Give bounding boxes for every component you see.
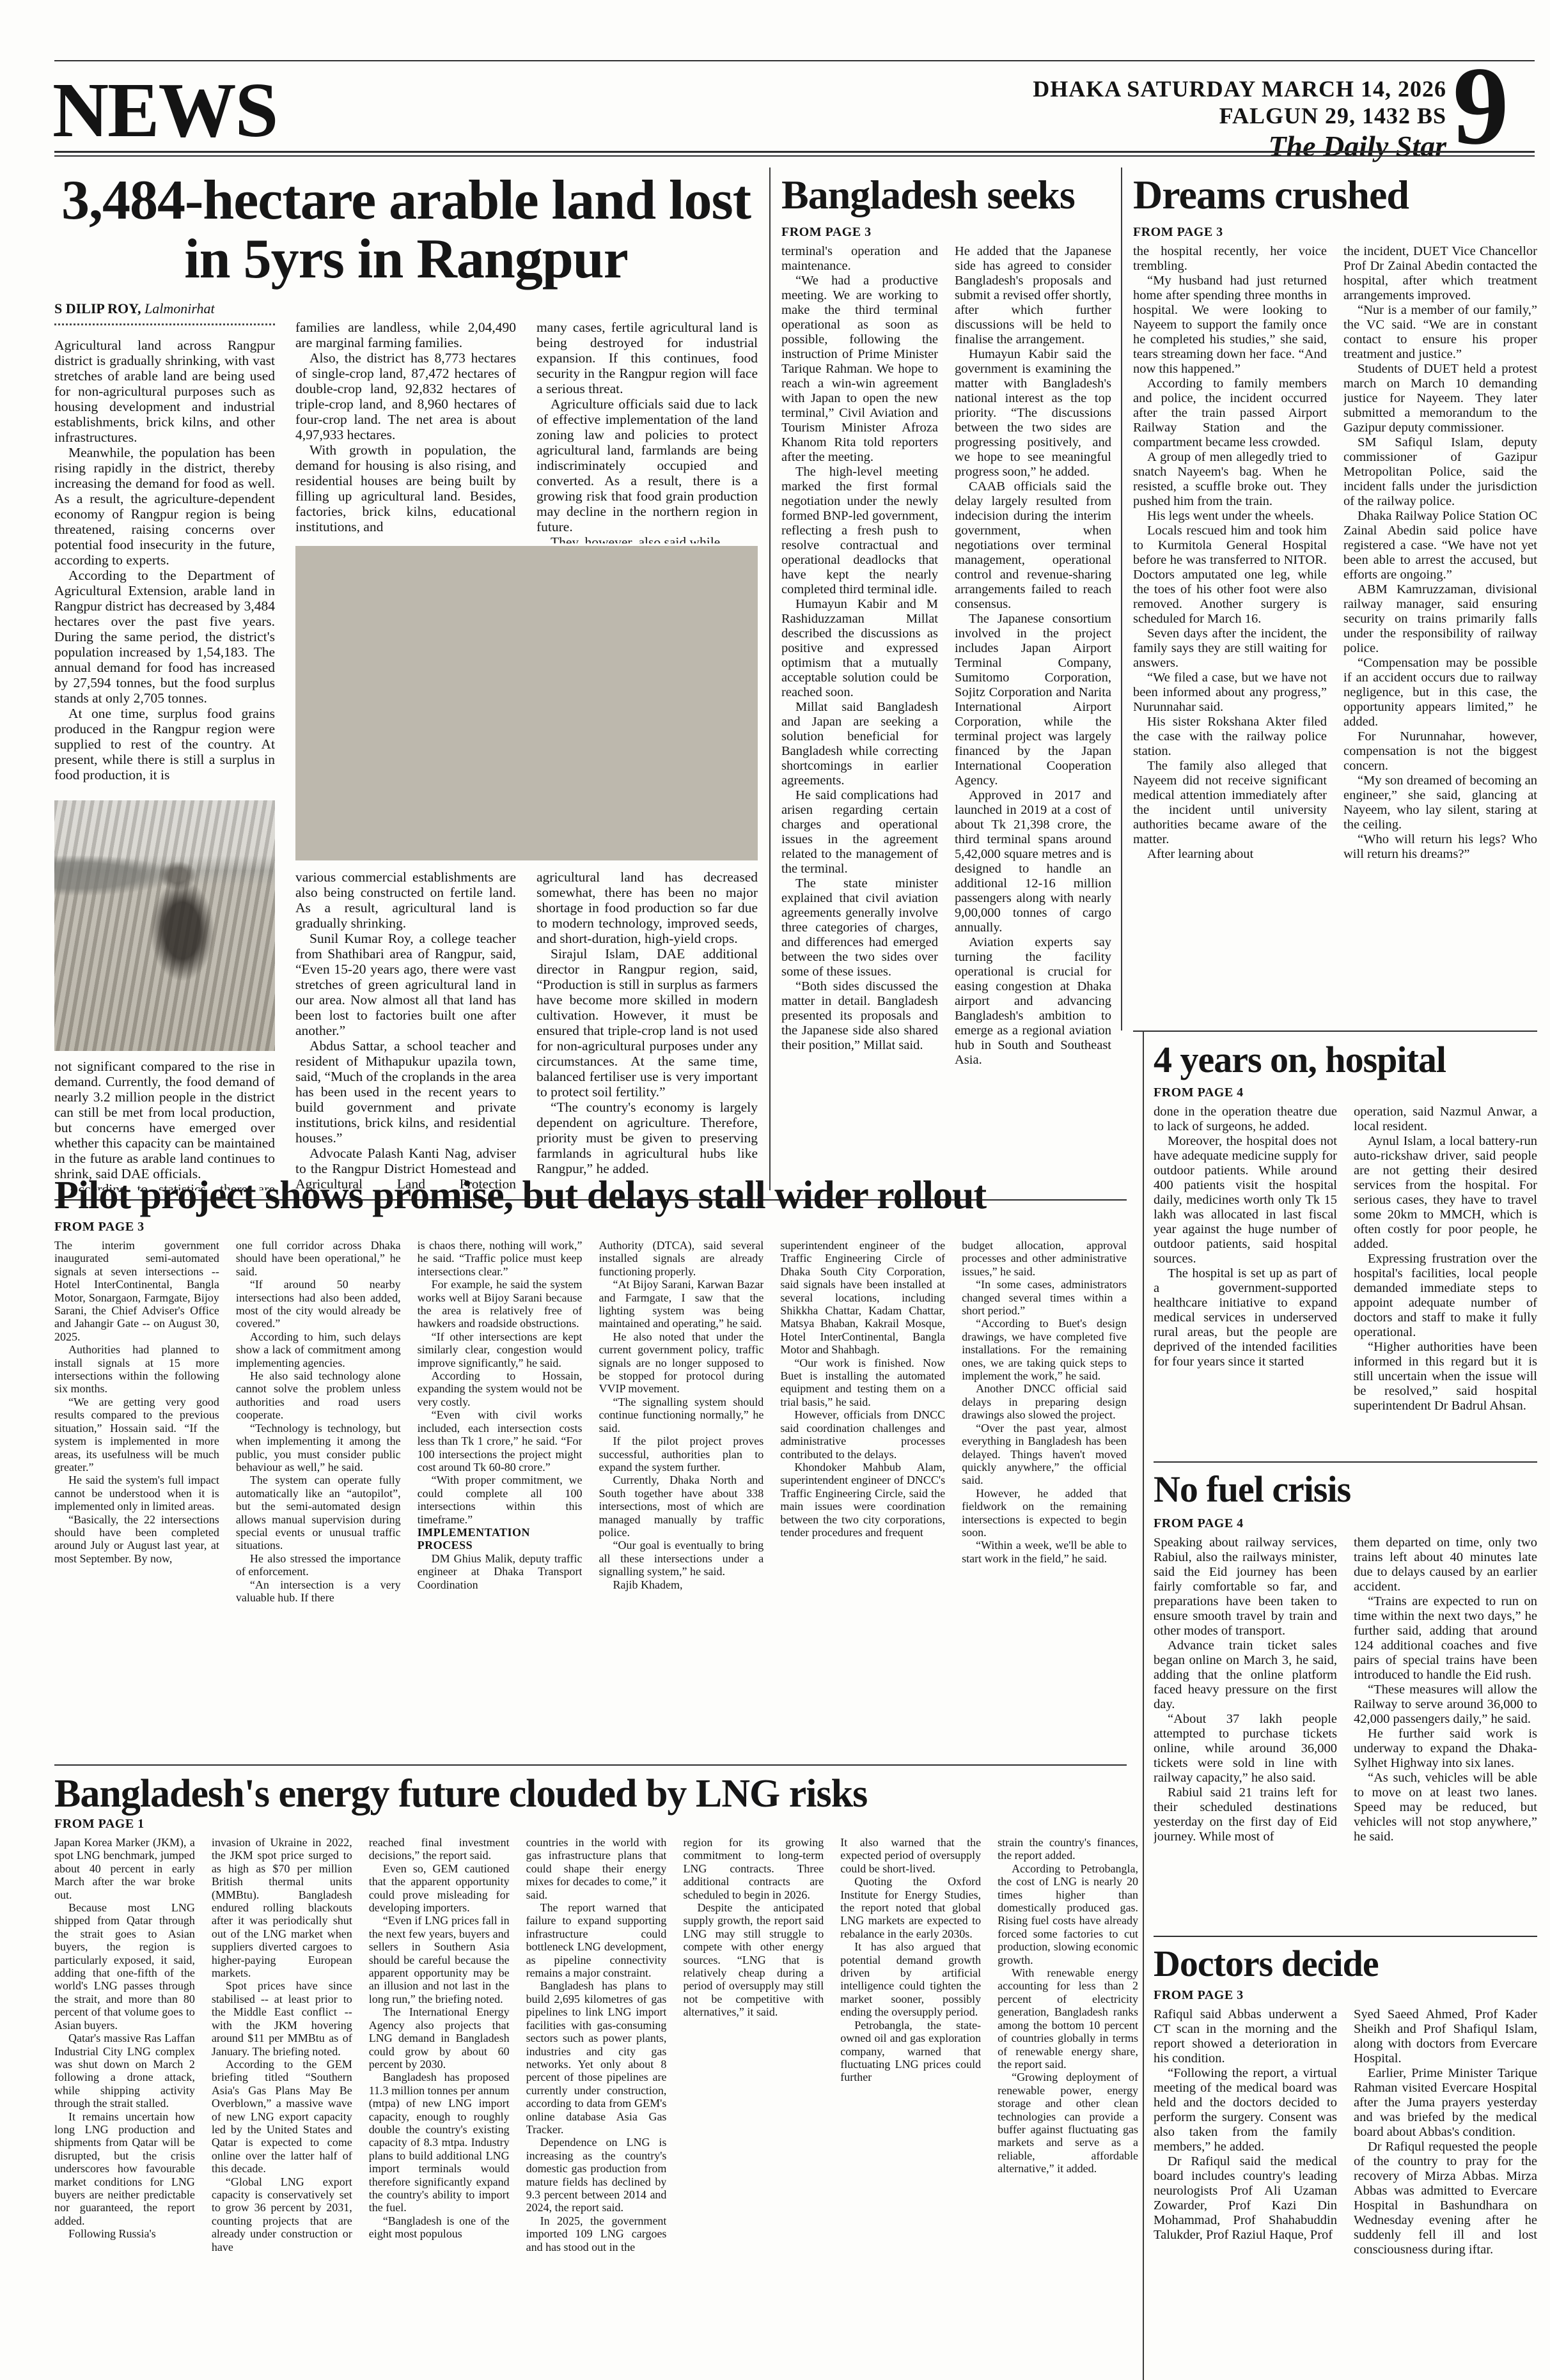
farmer-field-photo-small [54,800,275,1051]
divider-above-energy [54,1764,1127,1766]
paragraph: The interim government inaugurated semi-… [54,1239,219,1343]
paragraph: “In some cases, administrators changed s… [962,1278,1127,1317]
paragraph: Millat said Bangladesh and Japan are see… [781,700,938,788]
paragraph: After learning about [1133,847,1327,862]
paragraph: terminal's operation and maintenance. [781,244,938,274]
paragraph: Students of DUET held a protest march on… [1343,362,1537,435]
paragraph: superintendent engineer of the Traffic E… [780,1239,945,1357]
text-column: It also warned that the expected period … [840,1836,981,2373]
energy-headline: Bangladesh's energy future clouded by LN… [54,1773,1138,1814]
paragraph: many cases, fertile agricultural land is… [536,320,758,396]
paragraph: Seven days after the incident, the famil… [1133,626,1327,671]
paragraph: done in the operation theatre due to lac… [1154,1105,1337,1134]
paragraph: However, officials from DNCC said coordi… [780,1408,945,1461]
paragraph: Agriculture officials said due to lack o… [536,396,758,534]
paragraph: Agricultural land across Rangpur distric… [54,338,275,445]
paragraph: “Global LNG export capacity is conservat… [212,2175,352,2253]
paragraph: “Growing deployment of renewable power, … [998,2071,1138,2175]
paragraph: “Following the report, a virtual meeting… [1154,2066,1337,2154]
paragraph: The high-level meeting marked the first … [781,465,938,597]
paragraph: budget allocation, approval processes an… [962,1239,1127,1278]
paragraph: “My son dreamed of becoming an engineer,… [1343,774,1537,832]
paragraph: the incident, DUET Vice Chancellor Prof … [1343,244,1537,303]
paragraph: Rabiul said 21 trains left for their sch… [1154,1785,1337,1844]
paragraph: Rafiqul said Abbas underwent a CT scan i… [1154,2007,1337,2066]
energy-from-page: FROM PAGE 1 [54,1817,145,1832]
energy-columns: Japan Korea Marker (JKM), a spot LNG ben… [54,1836,1138,2373]
doctors-from-page: FROM PAGE 3 [1154,1988,1244,2003]
paragraph: It also warned that the expected period … [840,1836,981,1875]
paragraph: reached final investment decisions,” the… [369,1836,510,1862]
paragraph: Moreover, the hospital does not have ade… [1154,1134,1337,1266]
paragraph: Despite the anticipated supply growth, t… [683,1901,824,2019]
paragraph: Abdus Sattar, a school teacher and resid… [295,1038,516,1146]
paragraph: “Higher authorities have been informed i… [1354,1340,1537,1413]
paragraph: Quoting the Oxford Institute for Energy … [840,1875,981,1940]
paragraph: “Trains are expected to run on time with… [1354,1594,1537,1683]
paragraph: “Technology is technology, but when impl… [236,1422,401,1474]
paragraph: invasion of Ukraine in 2022, the JKM spo… [212,1836,352,1979]
farmland-photo-large [295,546,758,860]
paragraph: “Within a week, we'll be able to start w… [962,1539,1127,1565]
paragraph: Bangladesh has proposed 11.3 million ton… [369,2071,510,2214]
rangpur-col1-bottom: not significant compared to the rise in … [54,1059,275,1190]
paragraph: According to Hossain, expanding the syst… [418,1369,583,1408]
paragraph: agricultural land has decreased somewhat… [536,869,758,946]
paragraph: strain the country's finances, the repor… [998,1836,1138,1862]
hospital-from-page: FROM PAGE 4 [1154,1085,1244,1100]
paragraph: Khondoker Mahbub Alam, superintendent en… [780,1461,945,1539]
paragraph: “If other intersections are kept similar… [418,1330,583,1369]
nofuel-headline: No fuel crisis [1154,1470,1537,1509]
text-column: invasion of Ukraine in 2022, the JKM spo… [212,1836,352,2373]
paragraph: various commercial establishments are al… [295,869,516,931]
paragraph: It remains uncertain how long LNG produc… [54,2110,195,2228]
page-number: 9 [1453,50,1509,162]
paragraph: A group of men allegedly tried to snatch… [1133,450,1327,509]
nofuel-from-page: FROM PAGE 4 [1154,1516,1244,1531]
date-line: DHAKA SATURDAY MARCH 14, 2026 [1033,75,1446,102]
paragraph: With growth in population, the demand fo… [295,442,516,534]
paragraph: He also said technology alone cannot sol… [236,1369,401,1422]
paragraph: It has also argued that potential demand… [840,1940,981,2018]
paragraph: “If around 50 nearby intersections had a… [236,1278,401,1330]
paragraph: families are landless, while 2,04,490 ar… [295,320,516,350]
paragraph: the hospital recently, her voice trembli… [1133,244,1327,274]
paragraph: Earlier, Prime Minister Tarique Rahman v… [1354,2066,1537,2140]
text-column: terminal's operation and maintenance.“We… [781,244,938,1190]
hospital-headline: 4 years on, hospital [1154,1041,1537,1079]
paragraph: For example, he said the system works we… [418,1278,583,1330]
paragraph: The family also alleged that Nayeem did … [1133,759,1327,847]
paragraph: them departed on time, only two trains l… [1354,1536,1537,1594]
text-column: the incident, DUET Vice Chancellor Prof … [1343,244,1537,1023]
paragraph: Humayun Kabir said the government is exa… [955,347,1111,479]
paragraph: He also stressed the importance of enfor… [236,1552,401,1578]
paragraph: “Over the past year, almost everything i… [962,1422,1127,1487]
paragraph: At one time, surplus food grains produce… [54,706,275,782]
paragraph: He said the system's full impact cannot … [54,1474,219,1513]
paragraph: “Our goal is eventually to bring all the… [599,1539,763,1578]
newspaper-page: NEWS DHAKA SATURDAY MARCH 14, 2026 FALGU… [0,0,1550,2380]
paragraph: Aynul Islam, a local battery-run auto-ri… [1354,1134,1537,1252]
paragraph: “About 37 lakh people attempted to purch… [1154,1712,1337,1785]
paragraph: Because most LNG shipped from Qatar thro… [54,1901,195,2032]
paragraph: The hospital is set up as part of a gove… [1154,1266,1337,1369]
paragraph: The state minister explained that civil … [781,876,938,979]
divider-above-nofuel [1154,1461,1537,1463]
paragraph: Another DNCC official said delays in pre… [962,1382,1127,1421]
paragraph: Authority (DTCA), said several installed… [599,1239,763,1278]
text-column: Japan Korea Marker (JKM), a spot LNG ben… [54,1836,195,2373]
paragraph: With renewable energy accounting for les… [998,1966,1138,2071]
paragraph: His sister Rokshana Akter filed the case… [1133,715,1327,759]
paragraph: Petrobangla, the state-owned oil and gas… [840,2019,981,2084]
rangpur-col2-top: families are landless, while 2,04,490 ar… [295,320,516,543]
pilot-from-page: FROM PAGE 3 [54,1220,145,1234]
paragraph: Sunil Kumar Roy, a college teacher from … [295,931,516,1038]
paragraph: Currently, Dhaka North and South togethe… [599,1474,763,1539]
paragraph: “Even with civil works included, each in… [418,1408,583,1474]
paragraph: Sirajul Islam, DAE additional director i… [536,946,758,1100]
masthead-top-rule [54,60,1535,61]
paragraph: Dr Rafiqul requested the people of the c… [1354,2140,1537,2257]
paragraph: Dr Rafiqul said the medical board includ… [1154,2154,1337,2243]
paragraph: Speaking about railway services, Rabiul,… [1154,1536,1337,1638]
paragraph: “These measures will allow the Railway t… [1354,1683,1537,1727]
paragraph: Spot prices have since stabilised -- at … [212,1979,352,2057]
text-column: them departed on time, only two trains l… [1354,1536,1537,1931]
paragraph: “Our work is finished. Now Buet is insta… [780,1357,945,1409]
paragraph: According to family members and police, … [1133,377,1327,450]
text-column: is chaos there, nothing will work,” he s… [418,1239,583,1754]
divider-above-doctors [1154,1936,1537,1937]
byline-name: S DILIP ROY, [54,300,141,316]
paragraph: Humayun Kabir and M Rashiduzzaman Millat… [781,597,938,700]
hospital-columns: done in the operation theatre due to lac… [1154,1105,1537,1455]
seeks-columns: terminal's operation and maintenance.“We… [781,244,1111,1190]
section-title: NEWS [52,72,277,150]
paragraph: Following Russia's [54,2227,195,2240]
paragraph: Dependence on LNG is increasing as the c… [526,2136,667,2214]
paragraph: Qatar's massive Ras Laffan Industrial Ci… [54,2032,195,2110]
rangpur-byline: S DILIP ROY, Lalmonirhat [54,300,275,317]
byline-rule [54,323,275,325]
paragraph: DM Ghius Malik, deputy traffic engineer … [418,1552,583,1591]
paragraph: According to him, such delays show a lac… [236,1330,401,1369]
rangpur-headline: 3,484-hectare arable land lost in 5yrs i… [54,171,758,289]
text-column: countries in the world with gas infrastr… [526,1836,667,2373]
paragraph: “We are getting very good results compar… [54,1396,219,1474]
text-column: Speaking about railway services, Rabiul,… [1154,1536,1337,1931]
paragraph: CAAB officials said the delay largely re… [955,479,1111,612]
paragraph: “The signalling system should continue f… [599,1396,763,1435]
paragraph: Bangladesh has plans to build 2,695 kilo… [526,1979,667,2136]
dreams-from-page: FROM PAGE 3 [1133,225,1223,240]
text-column: strain the country's finances, the repor… [998,1836,1138,2373]
paragraph: Authorities had planned to install signa… [54,1343,219,1396]
doctors-columns: Rafiqul said Abbas underwent a CT scan i… [1154,2007,1537,2372]
text-column: Syed Saeed Ahmed, Prof Kader Sheikh and … [1354,2007,1537,2372]
paragraph: “We had a productive meeting. We are wor… [781,274,938,465]
paragraph: Also, the district has 8,773 hectares of… [295,350,516,442]
paragraph: He added that the Japanese side has agre… [955,244,1111,347]
paragraph: is chaos there, nothing will work,” he s… [418,1239,583,1278]
text-column: The interim government inaugurated semi-… [54,1239,219,1754]
paragraph: “My husband had just returned home after… [1133,274,1327,377]
paragraph: Locals rescued him and took him to Kurmi… [1133,524,1327,626]
rangpur-col1-top: Agricultural land across Rangpur distric… [54,338,275,795]
paragraph: Expressing frustration over the hospital… [1354,1252,1537,1340]
paragraph: If the pilot project proves successful, … [599,1435,763,1474]
paragraph: His legs went under the wheels. [1133,509,1327,524]
paragraph: operation, said Nazmul Anwar, a local re… [1354,1105,1537,1134]
paragraph: “Bangladesh is one of the eight most pop… [369,2214,510,2241]
paragraph: The system can operate fully automatical… [236,1474,401,1552]
text-column: operation, said Nazmul Anwar, a local re… [1354,1105,1537,1455]
paragraph: not significant compared to the rise in … [54,1059,275,1181]
paragraph: The report warned that failure to expand… [526,1901,667,1979]
paragraph: “Both sides discussed the matter in deta… [781,979,938,1053]
paragraph: “With proper commitment, we could comple… [418,1474,583,1526]
paragraph: SM Safiqul Islam, deputy commissioner of… [1343,435,1537,509]
paragraph: The Japanese consortium involved in the … [955,612,1111,788]
nofuel-columns: Speaking about railway services, Rabiul,… [1154,1536,1537,1931]
text-column: one full corridor across Dhaka should ha… [236,1239,401,1754]
paragraph: countries in the world with gas infrastr… [526,1836,667,1901]
doctors-headline: Doctors decide [1154,1945,1537,1983]
pilot-headline: Pilot project shows promise, but delays … [54,1175,1127,1216]
paragraph: region for its growing commitment to lon… [683,1836,824,1901]
paragraph: Aviation experts say turning the facilit… [955,935,1111,1068]
text-column: superintendent engineer of the Traffic E… [780,1239,945,1754]
masthead-bottom-rule-1 [54,151,1535,153]
divider-above-hospital [1133,1031,1537,1032]
paragraph: Meanwhile, the population has been risin… [54,445,275,568]
paragraph: According to the Department of Agricultu… [54,568,275,706]
paragraph: “The country's economy is largely depend… [536,1100,758,1176]
paragraph: “Compensation may be possible if an acci… [1343,656,1537,729]
text-column: done in the operation theatre due to lac… [1154,1105,1337,1455]
paragraph: He further said work is underway to expa… [1354,1727,1537,1771]
paragraph: “An intersection is a very valuable hub.… [236,1578,401,1605]
paragraph: “Who will return his legs? Who will retu… [1343,832,1537,862]
paragraph: He also noted that under the current gov… [599,1330,763,1396]
masthead-bottom-rule-2 [54,155,1535,157]
divider-seeks-dreams [1121,167,1122,1031]
byline-place: Lalmonirhat [141,300,215,316]
text-column: He added that the Japanese side has agre… [955,244,1111,1190]
paragraph: He said complications had arisen regardi… [781,788,938,876]
paragraph: “We filed a case, but we have not been i… [1133,671,1327,715]
paragraph: They, however, also said while [536,534,758,543]
paper-logo: The Daily Star [1033,129,1446,164]
paragraph: However, he added that fieldwork on the … [962,1487,1127,1539]
paragraph: “Even if LNG prices fall in the next few… [369,1914,510,2005]
divider-main-seeks [769,167,771,1190]
paragraph: According to Petrobangla, the cost of LN… [998,1862,1138,1966]
dreams-columns: the hospital recently, her voice trembli… [1133,244,1537,1023]
rangpur-col2-bottom: various commercial establishments are al… [295,869,516,1190]
pilot-columns: The interim government inaugurated semi-… [54,1239,1127,1754]
seeks-from-page: FROM PAGE 3 [781,225,872,240]
paragraph: Rajib Khadem, [599,1578,763,1591]
text-column: the hospital recently, her voice trembli… [1133,244,1327,1023]
paragraph: The International Energy Agency also pro… [369,2005,510,2071]
paragraph: “Nur is a member of our family,” the VC … [1343,303,1537,362]
text-column: region for its growing commitment to lon… [683,1836,824,2373]
paragraph: Advance train ticket sales began online … [1154,1638,1337,1712]
text-column: Rafiqul said Abbas underwent a CT scan i… [1154,2007,1337,2372]
rangpur-col3-bottom: agricultural land has decreased somewhat… [536,869,758,1190]
text-column: Authority (DTCA), said several installed… [599,1239,763,1754]
paragraph: According to the GEM briefing titled “So… [212,2058,352,2175]
paragraph: “As such, vehicles will be able to move … [1354,1771,1537,1844]
paragraph: Dhaka Railway Police Station OC Zainal A… [1343,509,1537,582]
paragraph: In 2025, the government imported 109 LNG… [526,2214,667,2253]
paragraph: Approved in 2017 and launched in 2019 at… [955,788,1111,935]
rangpur-col3-top: many cases, fertile agricultural land is… [536,320,758,543]
paragraph: ABM Kamruzzaman, divisional railway mana… [1343,582,1537,656]
paragraph: IMPLEMENTATION PROCESS [418,1526,583,1552]
paragraph: “At Bijoy Sarani, Karwan Bazar and Farmg… [599,1278,763,1330]
paragraph: Even so, GEM cautioned that the apparent… [369,1862,510,1915]
paragraph: For Nurunnahar, however, compensation is… [1343,729,1537,774]
paragraph: “Basically, the 22 intersections should … [54,1513,219,1566]
text-column: budget allocation, approval processes an… [962,1239,1127,1754]
seeks-headline: Bangladesh seeks [781,174,1111,216]
paragraph: Japan Korea Marker (JKM), a spot LNG ben… [54,1836,195,1901]
paragraph: “According to Buet's design drawings, we… [962,1317,1127,1382]
divider-rail [1143,1031,1144,2380]
calendar-line: FALGUN 29, 1432 BS [1033,102,1446,129]
dreams-headline: Dreams crushed [1133,174,1542,216]
paragraph: one full corridor across Dhaka should ha… [236,1239,401,1278]
paragraph: Syed Saeed Ahmed, Prof Kader Sheikh and … [1354,2007,1537,2066]
text-column: reached final investment decisions,” the… [369,1836,510,2373]
